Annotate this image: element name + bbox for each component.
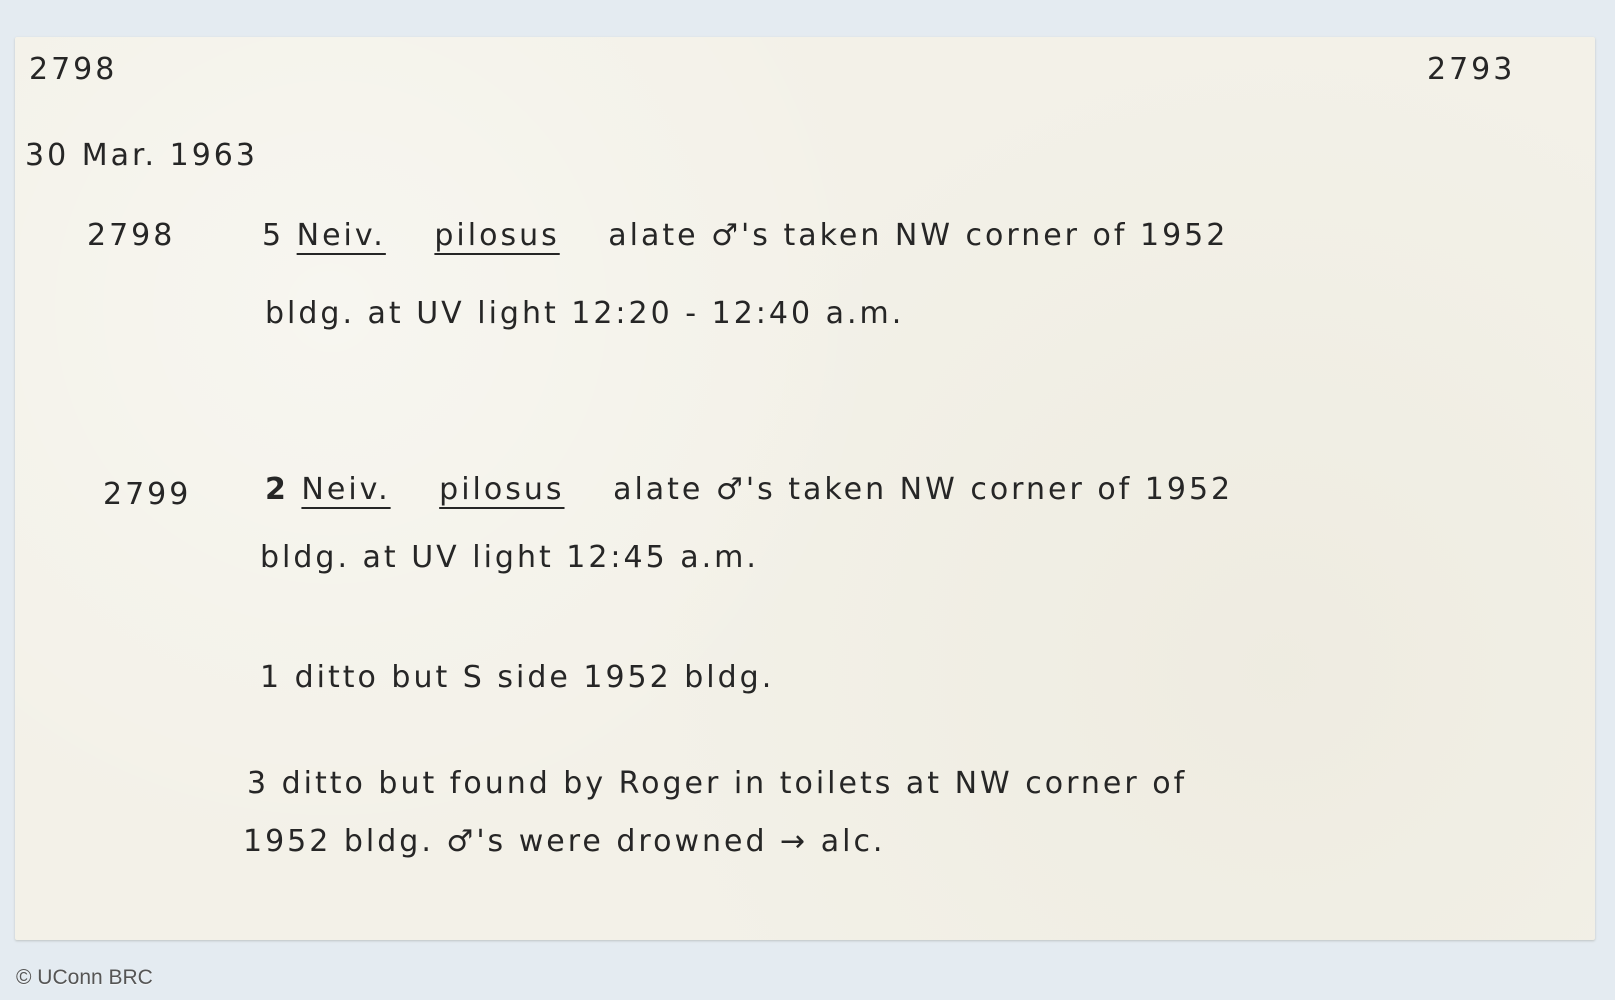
specimen-count: 5 bbox=[262, 218, 284, 253]
note-line: 1 ditto but S side 1952 bldg. bbox=[260, 663, 774, 693]
species-name: pilosus bbox=[439, 472, 564, 507]
catalog-number-top-left: 2798 bbox=[29, 55, 117, 85]
note-line: 1952 bldg. ♂'s were drowned → alc. bbox=[243, 827, 885, 857]
copyright-credit: © UConn BRC bbox=[16, 966, 153, 990]
entry-description: alate ♂'s taken NW corner of 1952 bbox=[613, 472, 1233, 507]
entry-line-1: 2 Neiv. pilosus alate ♂'s taken NW corne… bbox=[265, 475, 1233, 505]
specimen-count: 2 bbox=[265, 472, 289, 507]
genus-name: Neiv. bbox=[301, 472, 390, 507]
genus-name: Neiv. bbox=[297, 218, 386, 253]
note-line: 3 ditto but found by Roger in toilets at… bbox=[247, 769, 1187, 799]
entry-number: 2799 bbox=[103, 480, 191, 510]
species-name: pilosus bbox=[434, 218, 559, 253]
catalog-number-top-right: 2793 bbox=[1427, 55, 1515, 85]
specimen-index-card: 2798 2793 30 Mar. 1963 2798 5 Neiv. pilo… bbox=[15, 37, 1595, 940]
collection-date: 30 Mar. 1963 bbox=[25, 141, 258, 171]
entry-description: alate ♂'s taken NW corner of 1952 bbox=[608, 218, 1228, 253]
entry-number: 2798 bbox=[87, 221, 175, 251]
entry-line-2: bldg. at UV light 12:20 - 12:40 a.m. bbox=[265, 299, 904, 329]
entry-line-1: 5 Neiv. pilosus alate ♂'s taken NW corne… bbox=[262, 221, 1228, 251]
entry-line-2: bldg. at UV light 12:45 a.m. bbox=[260, 543, 759, 573]
